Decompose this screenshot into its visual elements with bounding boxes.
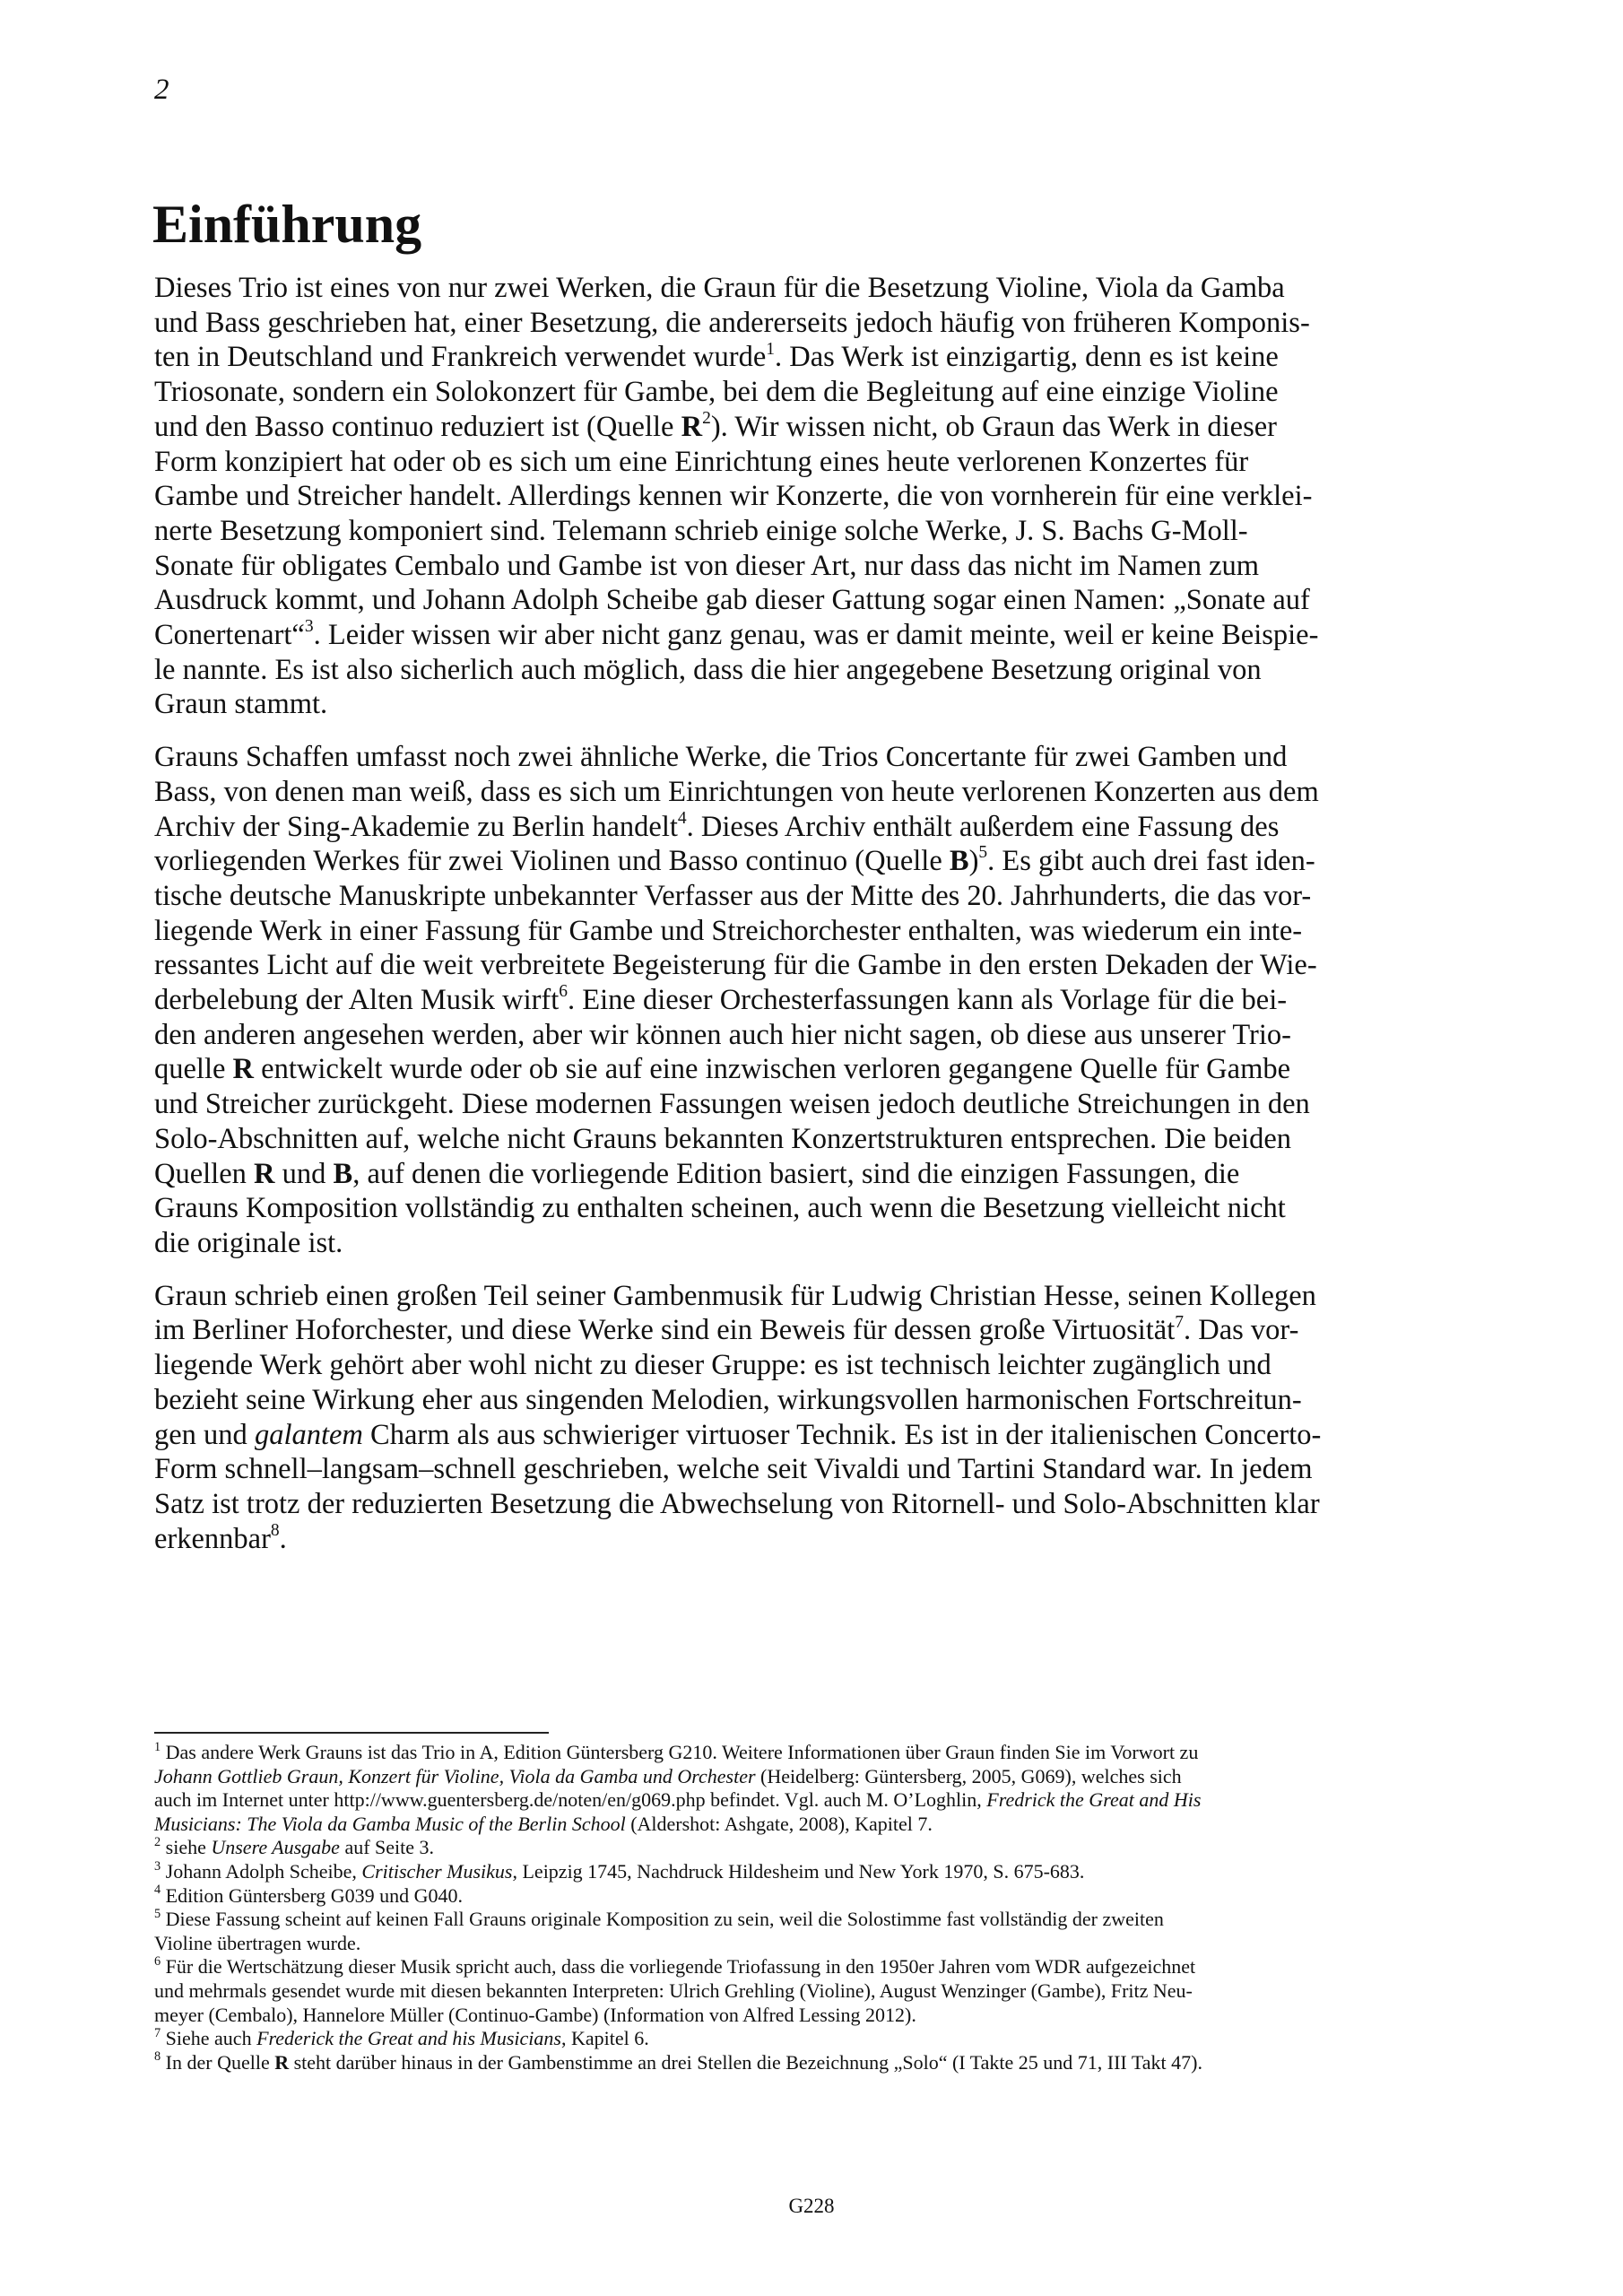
source-siglum: R — [254, 1158, 274, 1190]
italic-text: Musicians: The Viola da Gamba Music of t… — [154, 1813, 626, 1835]
text-line: nerte Besetzung komponiert sind. Teleman… — [154, 514, 1481, 549]
footnote-separator — [154, 1732, 549, 1734]
footnote-reference: 6 — [559, 982, 568, 1001]
text-line: liegende Werk in einer Fassung für Gambe… — [154, 914, 1481, 949]
text-line: le nannte. Es ist also sicherlich auch m… — [154, 653, 1481, 688]
footnote-6: 6 Für die Wertschätzung dieser Musik spr… — [154, 1955, 1481, 2027]
text-line: Satz ist trotz der reduzierten Besetzung… — [154, 1487, 1481, 1522]
footnote-reference: 7 — [1175, 1313, 1184, 1332]
footnote-reference: 5 — [154, 1907, 161, 1921]
footnote-reference: 3 — [305, 617, 314, 636]
footnote-list: 1 Das andere Werk Grauns ist das Trio in… — [154, 1741, 1481, 2074]
footnote-7: 7 Siehe auch Frederick the Great and his… — [154, 2027, 1481, 2051]
text-line: bezieht seine Wirkung eher aus singenden… — [154, 1383, 1481, 1418]
footnote-line: 5 Diese Fassung scheint auf keinen Fall … — [154, 1908, 1481, 1932]
footnote-reference: 8 — [271, 1521, 280, 1540]
footnote-reference: 2 — [154, 1835, 161, 1849]
footnote-line: 4 Edition Güntersberg G039 und G040. — [154, 1884, 1481, 1909]
text-line: liegende Werk gehört aber wohl nicht zu … — [154, 1348, 1481, 1383]
source-siglum: B — [334, 1158, 353, 1190]
footnote-line: 8 In der Quelle R steht darüber hinaus i… — [154, 2051, 1481, 2075]
paragraph-3: Graun schrieb einen großen Teil seiner G… — [154, 1279, 1481, 1557]
text-line: Graun stammt. — [154, 687, 1481, 722]
text-line: derbelebung der Alten Musik wirft6. Eine… — [154, 983, 1481, 1018]
footnote-reference: 1 — [766, 340, 775, 359]
text-line: Grauns Komposition vollständig zu enthal… — [154, 1191, 1481, 1226]
text-line: Dieses Trio ist eines von nur zwei Werke… — [154, 271, 1481, 306]
italic-text: galantem — [255, 1419, 363, 1451]
source-siglum: R — [681, 411, 702, 443]
italic-text: Unsere Ausgabe — [211, 1836, 340, 1858]
text-line: Bass, von denen man weiß, dass es sich u… — [154, 775, 1481, 810]
text-line: Ausdruck kommt, und Johann Adolph Scheib… — [154, 583, 1481, 618]
footnote-1: 1 Das andere Werk Grauns ist das Trio in… — [154, 1741, 1481, 1836]
footnote-5: 5 Diese Fassung scheint auf keinen Fall … — [154, 1908, 1481, 1955]
footnote-reference: 3 — [154, 1859, 161, 1874]
page-title: Einführung — [152, 197, 421, 251]
text-line: Conertenart“3. Leider wissen wir aber ni… — [154, 618, 1481, 653]
paragraph-1: Dieses Trio ist eines von nur zwei Werke… — [154, 271, 1481, 722]
source-siglum: R — [274, 2051, 289, 2074]
footnote-line: 1 Das andere Werk Grauns ist das Trio in… — [154, 1741, 1481, 1765]
footnote-line: Violine übertragen wurde. — [154, 1932, 1481, 1956]
italic-text: Critischer Musikus — [361, 1860, 512, 1883]
footnote-line: 7 Siehe auch Frederick the Great and his… — [154, 2027, 1481, 2051]
text-line: den anderen angesehen werden, aber wir k… — [154, 1018, 1481, 1053]
text-line: quelle R entwickelt wurde oder ob sie au… — [154, 1052, 1481, 1087]
text-line: vorliegenden Werkes für zwei Violinen un… — [154, 844, 1481, 879]
footnote-reference: 4 — [678, 809, 687, 828]
text-line: Form konzipiert hat oder ob es sich um e… — [154, 445, 1481, 480]
text-line: gen und galantem Charm als aus schwierig… — [154, 1418, 1481, 1453]
footnote-line: meyer (Cembalo), Hannelore Müller (Conti… — [154, 2004, 1481, 2028]
text-line: Quellen R und B, auf denen die vorliegen… — [154, 1157, 1481, 1192]
footnote-reference: 2 — [702, 409, 711, 428]
text-line: Sonate für obligates Cembalo und Gambe i… — [154, 549, 1481, 584]
text-line: Graun schrieb einen großen Teil seiner G… — [154, 1279, 1481, 1314]
footnote-line: und mehrmals gesendet wurde mit diesen b… — [154, 1979, 1481, 2004]
source-siglum: B — [950, 845, 969, 877]
text-line: tische deutsche Manuskripte unbekannter … — [154, 879, 1481, 914]
footnote-reference: 4 — [154, 1883, 161, 1897]
body-text: Dieses Trio ist eines von nur zwei Werke… — [154, 271, 1481, 1574]
footnote-line: 3 Johann Adolph Scheibe, Critischer Musi… — [154, 1860, 1481, 1884]
catalog-number: G228 — [0, 2196, 1623, 2216]
footnote-line: Johann Gottlieb Graun, Konzert für Violi… — [154, 1765, 1481, 1789]
footnote-3: 3 Johann Adolph Scheibe, Critischer Musi… — [154, 1860, 1481, 1884]
page-number: 2 — [154, 75, 169, 105]
footnote-line: auch im Internet unter http://www.guente… — [154, 1788, 1481, 1813]
italic-text: Johann Gottlieb Graun, Konzert für Violi… — [154, 1765, 756, 1787]
text-line: Grauns Schaffen umfasst noch zwei ähnlic… — [154, 740, 1481, 775]
text-line: im Berliner Hoforchester, und diese Werk… — [154, 1313, 1481, 1348]
text-line: Gambe und Streicher handelt. Allerdings … — [154, 479, 1481, 514]
footnote-line: Musicians: The Viola da Gamba Music of t… — [154, 1813, 1481, 1837]
footnotes-section: 1 Das andere Werk Grauns ist das Trio in… — [154, 1732, 1481, 2074]
footnote-reference: 6 — [154, 1954, 161, 1969]
text-line: Triosonate, sondern ein Solokonzert für … — [154, 375, 1481, 410]
footnote-line: 2 siehe Unsere Ausgabe auf Seite 3. — [154, 1836, 1481, 1860]
paragraph-2: Grauns Schaffen umfasst noch zwei ähnlic… — [154, 740, 1481, 1261]
footnote-8: 8 In der Quelle R steht darüber hinaus i… — [154, 2051, 1481, 2075]
footnote-reference: 7 — [154, 2026, 161, 2040]
text-line: Solo-Abschnitten auf, welche nicht Graun… — [154, 1122, 1481, 1157]
text-line: und den Basso continuo reduziert ist (Qu… — [154, 410, 1481, 445]
text-line: erkennbar8. — [154, 1522, 1481, 1557]
text-line: Form schnell–langsam–schnell geschrieben… — [154, 1452, 1481, 1487]
footnote-reference: 5 — [978, 843, 987, 862]
text-line: ten in Deutschland und Frankreich verwen… — [154, 340, 1481, 375]
footnote-2: 2 siehe Unsere Ausgabe auf Seite 3. — [154, 1836, 1481, 1860]
footnote-4: 4 Edition Güntersberg G039 und G040. — [154, 1884, 1481, 1909]
italic-text: Fredrick the Great and His — [986, 1788, 1201, 1811]
footnote-reference: 1 — [154, 1740, 161, 1754]
source-siglum: R — [233, 1053, 254, 1085]
text-line: die originale ist. — [154, 1226, 1481, 1261]
text-line: ressantes Licht auf die weit verbreitete… — [154, 948, 1481, 983]
footnote-reference: 8 — [154, 2049, 161, 2064]
italic-text: Frederick the Great and his Musicians — [256, 2027, 561, 2049]
footnote-line: 6 Für die Wertschätzung dieser Musik spr… — [154, 1955, 1481, 1979]
text-line: Archiv der Sing-Akademie zu Berlin hande… — [154, 810, 1481, 845]
text-line: und Bass geschrieben hat, einer Besetzun… — [154, 306, 1481, 341]
text-line: und Streicher zurückgeht. Diese modernen… — [154, 1087, 1481, 1122]
